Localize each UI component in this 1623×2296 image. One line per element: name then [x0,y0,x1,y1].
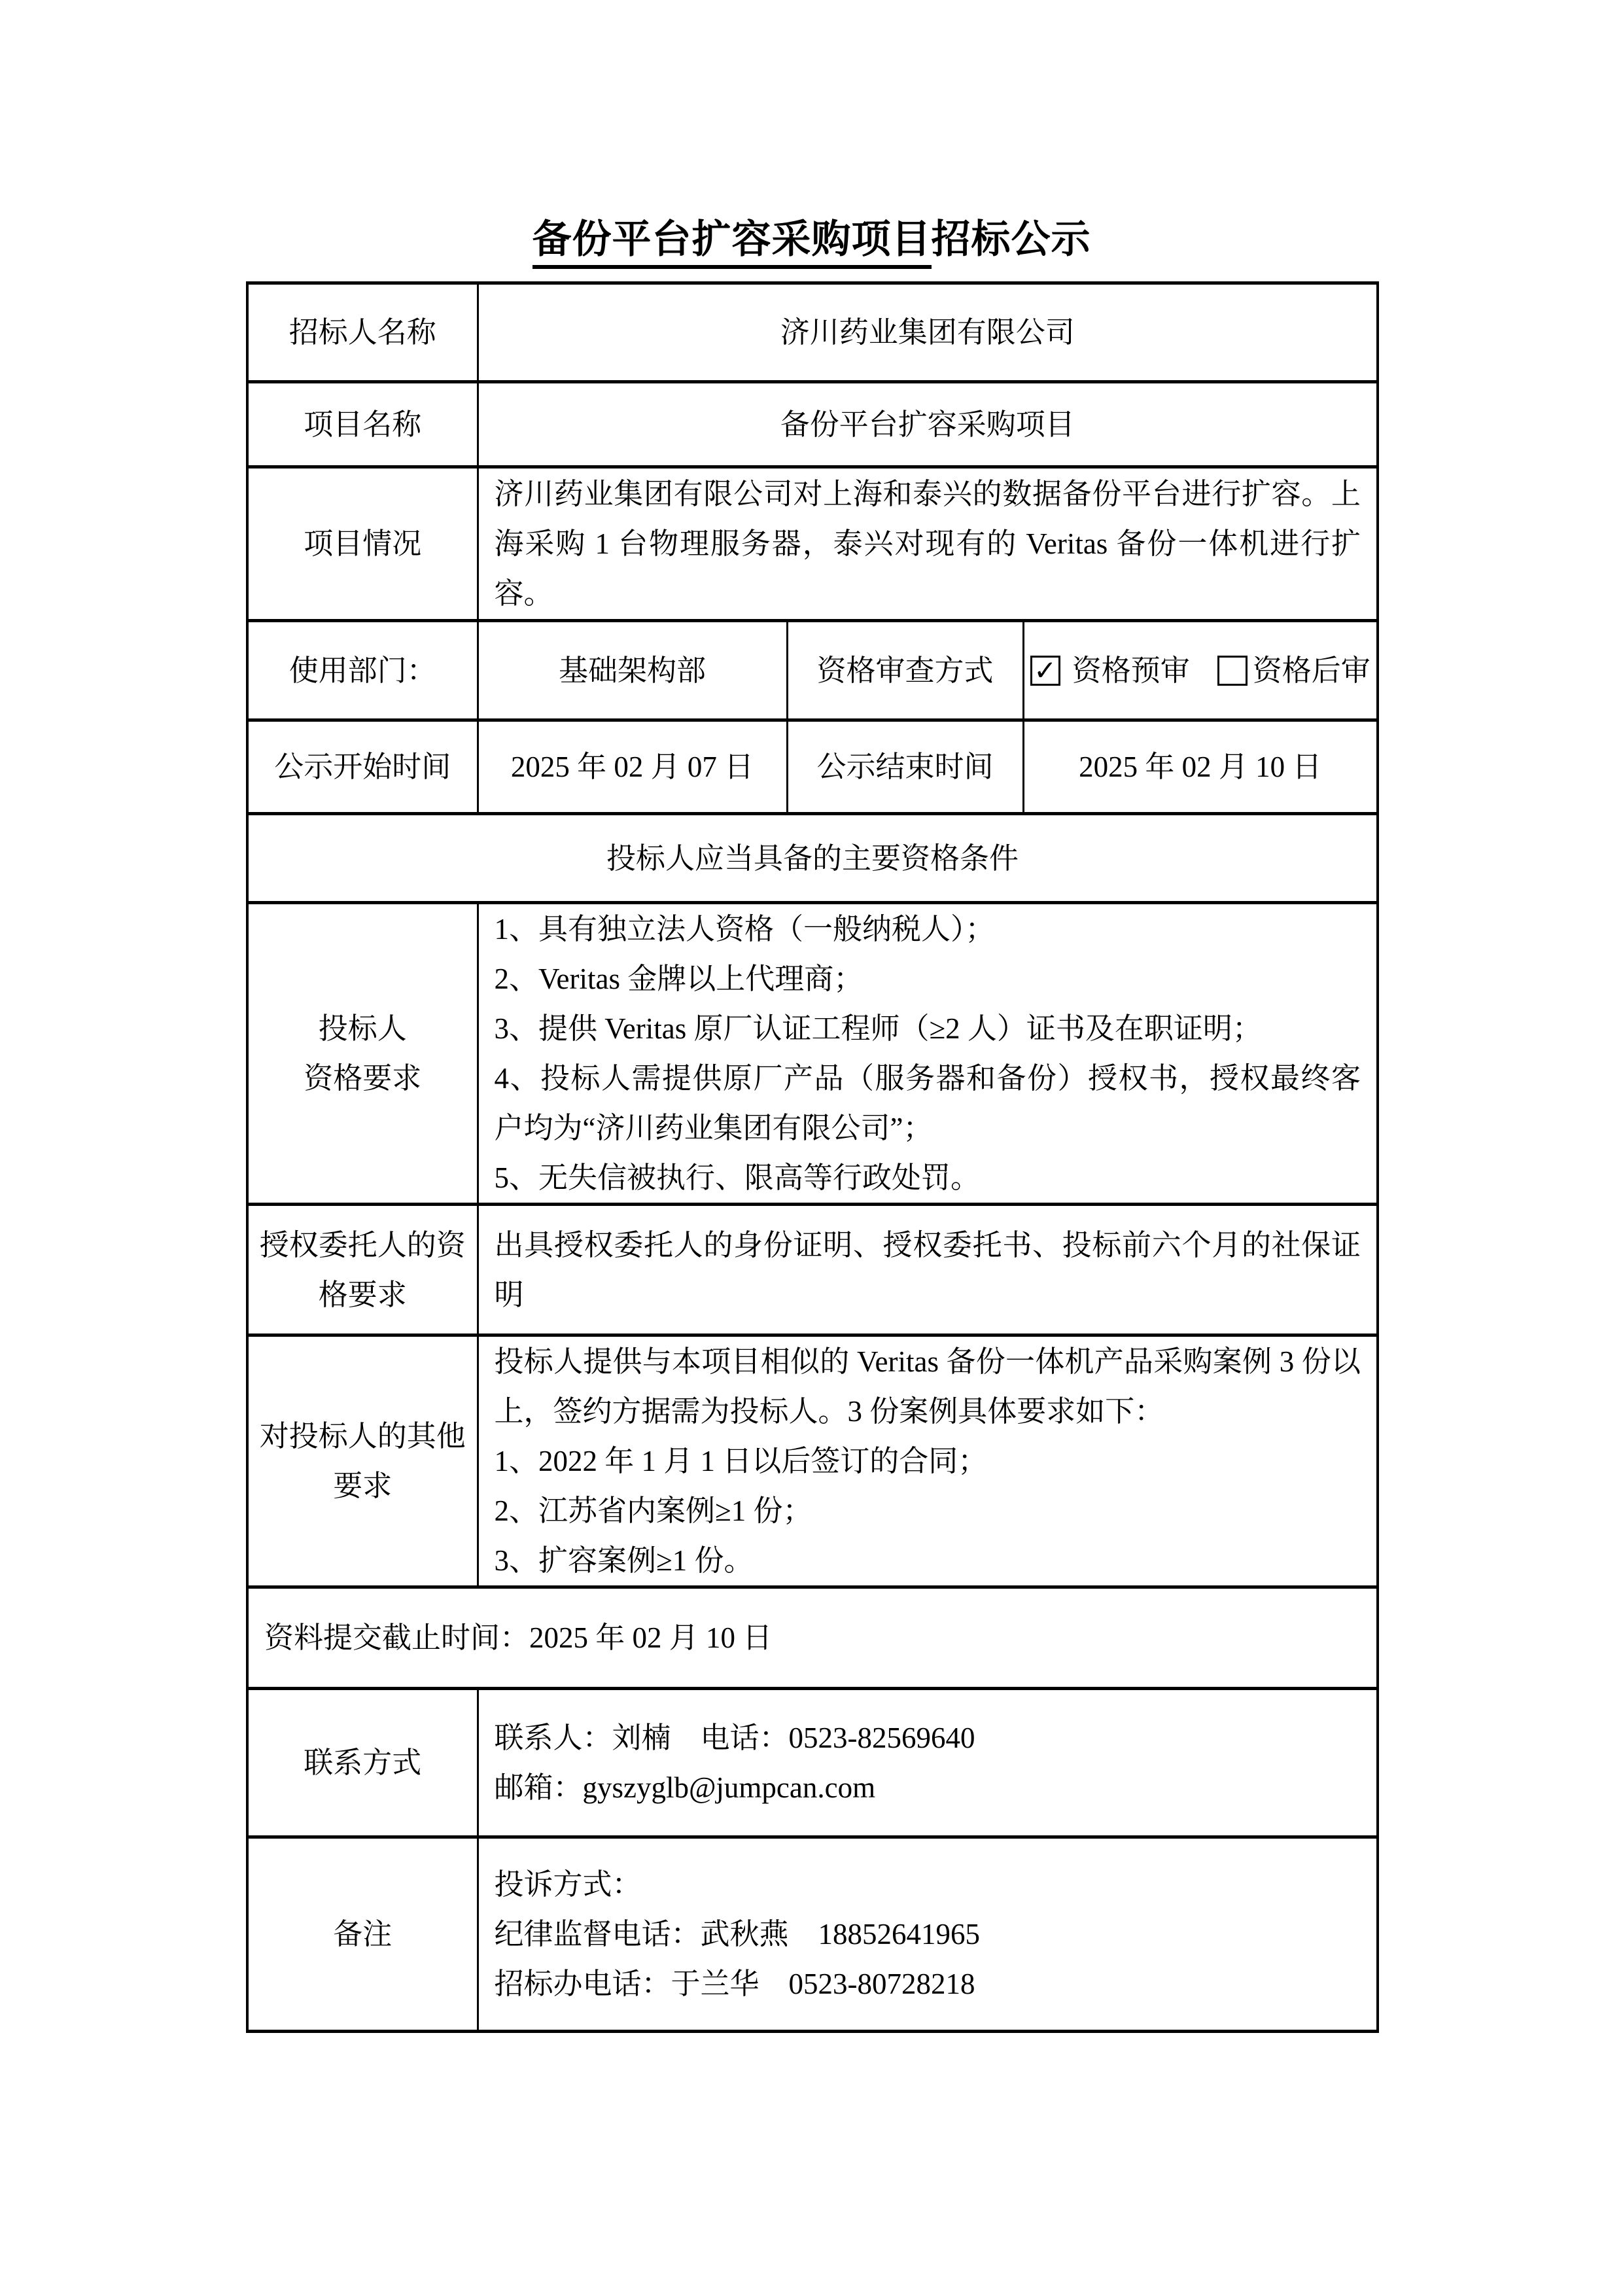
document-page: 备份平台扩容采购项目招标公示 招标人名称 济川药业集团有限公司 项目名称 备份平… [0,0,1623,2296]
qualification-item: 1、具有独立法人资格（一般纳税人）； [495,904,1361,954]
qualification-item: 4、投标人需提供原厂产品（服务器和备份）授权书，授权最终客户均为“济川药业集团有… [495,1053,1361,1153]
table-row-other-requirements: 对投标人的其他要求 投标人提供与本项目相似的 Veritas 备份一体机产品采购… [247,1335,1378,1587]
case-requirement-item: 3、扩容案例≥1 份。 [495,1536,1361,1585]
tenderer-name-value: 济川药业集团有限公司 [478,283,1378,382]
other-requirements-label: 对投标人的其他要求 [247,1335,478,1587]
bidder-qualification-label-line2: 资格要求 [249,1053,477,1103]
project-overview-value: 济川药业集团有限公司对上海和泰兴的数据备份平台进行扩容。上海采购 1 台物理服务… [478,467,1378,621]
qualification-conditions-heading: 投标人应当具备的主要资格条件 [247,814,1378,903]
qualification-item: 3、提供 Veritas 原厂认证工程师（≥2 人）证书及在职证明； [495,1004,1361,1053]
complaint-method-line: 投诉方式： [495,1860,1361,1909]
agent-qualification-value: 出具授权委托人的身份证明、授权委托书、投标前六个月的社保证明 [478,1205,1378,1335]
bidder-qualification-label-line1: 投标人 [249,1004,477,1053]
table-row-qualification-heading: 投标人应当具备的主要资格条件 [247,814,1378,903]
contact-label: 联系方式 [247,1689,478,1837]
unchecked-checkbox-icon [1217,656,1248,686]
tender-office-phone-line: 招标办电话：于兰华 0523-80728218 [495,1959,1361,2009]
table-row-project-overview: 项目情况 济川药业集团有限公司对上海和泰兴的数据备份平台进行扩容。上海采购 1 … [247,467,1378,621]
agent-qualification-label: 授权委托人的资格要求 [247,1205,478,1335]
announcement-start-label: 公示开始时间 [247,720,478,814]
table-row-department-review: 使用部门： 基础架构部 资格审查方式 ✓ 资格预审 资格后审 [247,621,1378,720]
other-requirements-intro: 投标人提供与本项目相似的 Veritas 备份一体机产品采购案例 3 份以上，签… [495,1337,1361,1436]
review-options-group: ✓ 资格预审 资格后审 [1024,646,1377,696]
project-name-label: 项目名称 [247,382,478,467]
table-row-contact: 联系方式 联系人：刘楠 电话：0523-82569640 邮箱：gyszyglb… [247,1689,1378,1837]
check-mark-icon: ✓ [1034,657,1056,684]
option-postqualification-label: 资格后审 [1253,646,1370,696]
contact-content: 联系人：刘楠 电话：0523-82569640 邮箱：gyszyglb@jump… [478,1689,1378,1837]
project-overview-label: 项目情况 [247,467,478,621]
qualification-item: 5、无失信被执行、限高等行政处罚。 [495,1153,1361,1203]
announcement-end-label: 公示结束时间 [787,720,1023,814]
table-row-announcement-dates: 公示开始时间 2025 年 02 月 07 日 公示结束时间 2025 年 02… [247,720,1378,814]
checked-checkbox-icon: ✓ [1030,656,1060,686]
option-prequalification-label: 资格预审 [1072,646,1190,696]
submission-deadline-text: 资料提交截止时间：2025 年 02 月 10 日 [247,1587,1378,1689]
table-row-agent-qualification: 授权委托人的资格要求 出具授权委托人的身份证明、授权委托书、投标前六个月的社保证… [247,1205,1378,1335]
page-title-underlined-part: 备份平台扩容采购项目 [532,218,932,269]
announcement-end-value: 2025 年 02 月 10 日 [1023,720,1378,814]
table-row-remarks: 备注 投诉方式： 纪律监督电话：武秋燕 18852641965 招标办电话：于兰… [247,1837,1378,2032]
page-title: 备份平台扩容采购项目招标公示 [0,208,1623,264]
announcement-start-value: 2025 年 02 月 07 日 [478,720,787,814]
table-row-submission-deadline: 资料提交截止时间：2025 年 02 月 10 日 [247,1587,1378,1689]
table-row-tenderer: 招标人名称 济川药业集团有限公司 [247,283,1378,382]
qualification-review-method-label: 资格审查方式 [787,621,1023,720]
discipline-supervision-phone-line: 纪律监督电话：武秋燕 18852641965 [495,1909,1361,1959]
contact-person-phone-line: 联系人：刘楠 电话：0523-82569640 [495,1713,1361,1763]
remarks-content: 投诉方式： 纪律监督电话：武秋燕 18852641965 招标办电话：于兰华 0… [478,1837,1378,2032]
table-row-bidder-qualification: 投标人 资格要求 1、具有独立法人资格（一般纳税人）； 2、Veritas 金牌… [247,903,1378,1205]
tender-notice-table: 招标人名称 济川药业集团有限公司 项目名称 备份平台扩容采购项目 项目情况 济川… [246,281,1379,2033]
tenderer-name-label: 招标人名称 [247,283,478,382]
bidder-qualification-list: 1、具有独立法人资格（一般纳税人）； 2、Veritas 金牌以上代理商； 3、… [478,903,1378,1205]
qualification-item: 2、Veritas 金牌以上代理商； [495,954,1361,1004]
project-name-value: 备份平台扩容采购项目 [478,382,1378,467]
bidder-qualification-label: 投标人 资格要求 [247,903,478,1205]
case-requirement-item: 1、2022 年 1 月 1 日以后签订的合同； [495,1436,1361,1486]
case-requirement-item: 2、江苏省内案例≥1 份； [495,1486,1361,1536]
remarks-label: 备注 [247,1837,478,2032]
using-department-value: 基础架构部 [478,621,787,720]
using-department-label: 使用部门： [247,621,478,720]
other-requirements-content: 投标人提供与本项目相似的 Veritas 备份一体机产品采购案例 3 份以上，签… [478,1335,1378,1587]
qualification-review-options: ✓ 资格预审 资格后审 [1023,621,1378,720]
page-title-rest-part: 招标公示 [932,218,1091,261]
table-row-project-name: 项目名称 备份平台扩容采购项目 [247,382,1378,467]
contact-email-line: 邮箱：gyszyglb@jumpcan.com [495,1763,1361,1812]
